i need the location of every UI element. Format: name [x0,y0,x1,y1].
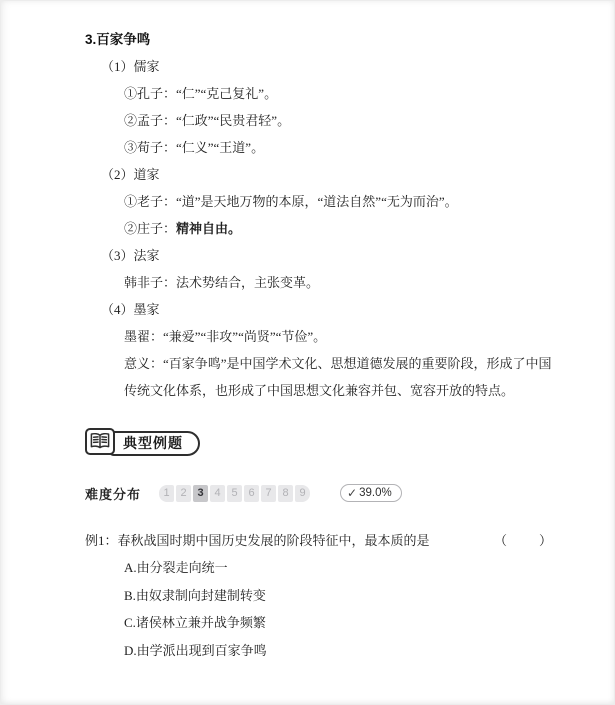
school-line: 墨翟：“兼爱”“非攻”“尚贤”“节俭”。 [124,323,554,350]
difficulty-level-5: 5 [227,485,242,502]
line-bold-text: 精神自由。 [176,221,241,236]
accuracy-badge: ✓ 39.0% [340,484,402,502]
school-line: 意义：“百家争鸣”是中国学术文化、思想道德发展的重要阶段，形成了中国 [124,350,554,377]
open-book-icon [85,428,115,455]
question-stem: 例1：春秋战国时期中国历史发展的阶段特征中，最本质的是 [85,527,430,554]
answer-brackets: （ ） [494,527,554,554]
school-block-rujia: （1）儒家 ①孔子：“仁”“克己复礼”。 ②孟子：“仁政”“民贵君轻”。 ③荀子… [85,53,554,161]
section-title: 3.百家争鸣 [85,26,554,53]
school-block-mojia: （4）墨家 墨翟：“兼爱”“非攻”“尚贤”“节俭”。 意义：“百家争鸣”是中国学… [85,296,554,404]
example-section-title: 典型例题 [108,431,200,456]
difficulty-level-6: 6 [244,485,259,502]
line-prefix: ②庄子： [124,221,176,236]
difficulty-level-7: 7 [261,485,276,502]
school-line: ②孟子：“仁政”“民贵君轻”。 [124,107,554,134]
option-d: D.由学派出现到百家争鸣 [124,637,554,665]
difficulty-row: 难度分布 1 2 3 4 5 6 7 8 9 ✓ 39.0% [85,483,554,503]
difficulty-scale: 1 2 3 4 5 6 7 8 9 [159,485,310,502]
difficulty-label: 难度分布 [85,484,141,503]
school-line: 韩非子：法术势结合，主张变革。 [124,269,554,296]
example-question: 例1：春秋战国时期中国历史发展的阶段特征中，最本质的是 （ ） A.由分裂走向统… [85,527,554,664]
school-line: 传统文化体系，也形成了中国思想文化兼容并包、宽容开放的特点。 [124,377,554,404]
difficulty-level-1: 1 [159,485,174,502]
example-section-badge: 典型例题 [85,428,554,458]
school-line: ②庄子：精神自由。 [124,215,554,242]
option-c: C.诸侯林立兼并战争频繁 [124,609,554,637]
difficulty-level-3-active: 3 [193,485,208,502]
difficulty-level-9: 9 [295,485,310,502]
school-block-fajia: （3）法家 韩非子：法术势结合，主张变革。 [85,242,554,296]
school-line: ①孔子：“仁”“克己复礼”。 [124,80,554,107]
school-block-daojia: （2）道家 ①老子：“道”是天地万物的本原，“道法自然”“无为而治”。 ②庄子：… [85,161,554,242]
difficulty-level-4: 4 [210,485,225,502]
school-heading: （1）儒家 [101,53,554,80]
page-content: 3.百家争鸣 （1）儒家 ①孔子：“仁”“克己复礼”。 ②孟子：“仁政”“民贵君… [1,1,614,664]
school-heading: （4）墨家 [101,296,554,323]
school-line: ③荀子：“仁义”“王道”。 [124,134,554,161]
school-heading: （2）道家 [101,161,554,188]
textbook-page: 3.百家争鸣 （1）儒家 ①孔子：“仁”“克己复礼”。 ②孟子：“仁政”“民贵君… [0,0,615,705]
difficulty-level-8: 8 [278,485,293,502]
accuracy-value: 39.0% [359,487,392,499]
option-a: A.由分裂走向统一 [124,554,554,582]
school-line: ①老子：“道”是天地万物的本原，“道法自然”“无为而治”。 [124,188,554,215]
difficulty-level-2: 2 [176,485,191,502]
question-stem-row: 例1：春秋战国时期中国历史发展的阶段特征中，最本质的是 （ ） [85,527,554,554]
check-icon: ✓ [347,486,357,500]
option-b: B.由奴隶制向封建制转变 [124,582,554,610]
school-heading: （3）法家 [101,242,554,269]
